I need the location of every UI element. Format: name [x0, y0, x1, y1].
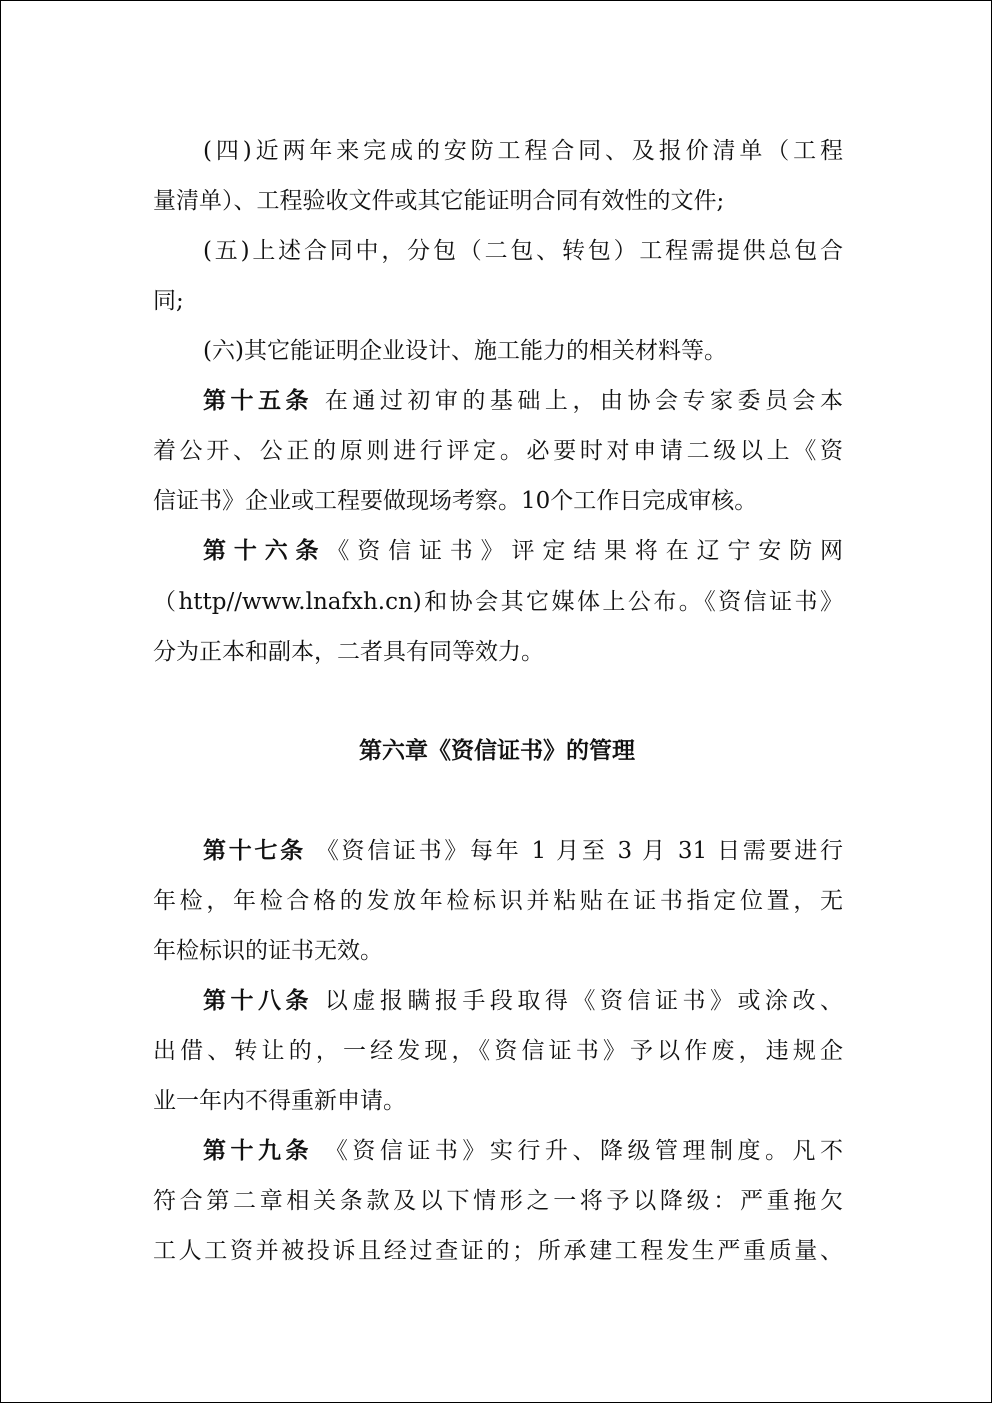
line-text: 着公开、公正的原则进行评定。必要时对申请二级以上《资 — [153, 438, 843, 464]
line-text: （http//www.lnafxh.cn)和协会其它媒体上公布。《资信证书》 — [153, 589, 843, 615]
line-text: 符合第二章相关条款及以下情形之一将予以降级：严重拖欠 — [153, 1188, 843, 1214]
paragraph-line: 出借、转让的，一经发现，《资信证书》予以作废，违规企 — [153, 1026, 843, 1076]
line-text: 分为正本和副本，二者具有同等效力。 — [153, 639, 544, 665]
line-text: 信证书》企业或工程要做现场考察。10个工作日完成审核。 — [153, 488, 757, 514]
paragraph-line: 量清单）、工程验收文件或其它能证明合同有效性的文件; — [153, 176, 843, 226]
paragraph-line: (五)上述合同中，分包（二包、转包）工程需提供总包合 — [203, 226, 843, 276]
paragraph-line: 工人工资并被投诉且经过查证的；所承建工程发生严重质量、 — [153, 1226, 843, 1276]
line-text: 《资信证书》每年 1 月至 3 月 31 日需要进行 — [306, 838, 843, 864]
document-page: (四)近两年来完成的安防工程合同、及报价清单（工程量清单）、工程验收文件或其它能… — [0, 0, 992, 1403]
line-text: 《资信证书》评定结果将在辽宁安防网 — [326, 538, 843, 564]
paragraph-line: 着公开、公正的原则进行评定。必要时对申请二级以上《资 — [153, 426, 843, 476]
paragraph-line: 同; — [153, 276, 843, 326]
line-text: 《资信证书》实行升、降级管理制度。凡不 — [313, 1138, 843, 1164]
line-text: 年检，年检合格的发放年检标识并粘贴在证书指定位置，无 — [153, 888, 843, 914]
article-number: 第十五条 — [203, 388, 313, 414]
article-number: 第十六条 — [203, 538, 326, 564]
article-number: 第十九条 — [203, 1138, 313, 1164]
line-text: 量清单）、工程验收文件或其它能证明合同有效性的文件; — [153, 188, 724, 214]
paragraph-line: 年检标识的证书无效。 — [153, 926, 843, 976]
paragraph-line: 信证书》企业或工程要做现场考察。10个工作日完成审核。 — [153, 476, 843, 526]
line-text: (四)近两年来完成的安防工程合同、及报价清单（工程 — [203, 138, 843, 164]
line-text: 同; — [153, 288, 184, 314]
article-line: 第十八条 以虚报瞒报手段取得《资信证书》或涂改、 — [203, 976, 843, 1026]
article-line: 第十六条《资信证书》评定结果将在辽宁安防网 — [203, 526, 843, 576]
paragraph-line: 符合第二章相关条款及以下情形之一将予以降级：严重拖欠 — [153, 1176, 843, 1226]
chapter-heading: 第六章《资信证书》的管理 — [1, 726, 992, 776]
paragraph-line: 业一年内不得重新申请。 — [153, 1076, 843, 1126]
line-text: 业一年内不得重新申请。 — [153, 1088, 406, 1114]
article-number: 第十七条 — [203, 838, 306, 864]
article-line: 第十五条 在通过初审的基础上，由协会专家委员会本 — [203, 376, 843, 426]
line-text: 以虚报瞒报手段取得《资信证书》或涂改、 — [313, 988, 843, 1014]
line-text: 出借、转让的，一经发现，《资信证书》予以作废，违规企 — [153, 1038, 843, 1064]
paragraph-line: 分为正本和副本，二者具有同等效力。 — [153, 627, 843, 677]
line-text: 工人工资并被投诉且经过查证的；所承建工程发生严重质量、 — [153, 1238, 843, 1264]
line-text: 在通过初审的基础上，由协会专家委员会本 — [313, 388, 843, 414]
paragraph-line: （http//www.lnafxh.cn)和协会其它媒体上公布。《资信证书》 — [153, 577, 843, 627]
line-text: 年检标识的证书无效。 — [153, 938, 383, 964]
line-text: (五)上述合同中，分包（二包、转包）工程需提供总包合 — [203, 238, 843, 264]
paragraph-line: (四)近两年来完成的安防工程合同、及报价清单（工程 — [203, 126, 843, 176]
article-line: 第十七条 《资信证书》每年 1 月至 3 月 31 日需要进行 — [203, 826, 843, 876]
line-text: (六)其它能证明企业设计、施工能力的相关材料等。 — [203, 338, 727, 364]
article-line: 第十九条 《资信证书》实行升、降级管理制度。凡不 — [203, 1126, 843, 1176]
article-number: 第十八条 — [203, 988, 313, 1014]
paragraph-line: 年检，年检合格的发放年检标识并粘贴在证书指定位置，无 — [153, 876, 843, 926]
paragraph-line: (六)其它能证明企业设计、施工能力的相关材料等。 — [203, 326, 843, 376]
